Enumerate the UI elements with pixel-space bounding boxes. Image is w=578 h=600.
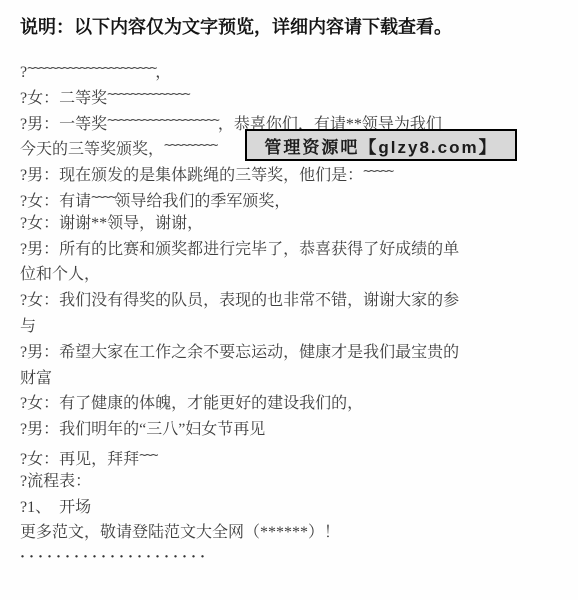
text-segment: ?流程表： — [20, 473, 91, 490]
text-segment: ， — [155, 64, 171, 81]
text-segment: 更多范文，敬请登陆范文大全网（******）！ — [20, 524, 340, 541]
text-segment: ? — [20, 64, 27, 81]
watermark-box: 管理资源吧【glzy8.com】 — [245, 129, 517, 161]
wavy-underline-run: ~~~ — [139, 443, 156, 469]
text-segment: 与 — [20, 318, 36, 335]
text-line: ?流程表： — [20, 469, 578, 495]
text-line: ?1、 开场 — [20, 495, 578, 521]
text-segment: ?女：再见，拜拜 — [20, 451, 139, 468]
text-segment: ?女：我们没有得奖的队员，表现的也非常不错，谢谢大家的参 — [20, 292, 459, 309]
wavy-underline-run: ~~~~~ — [363, 159, 392, 185]
text-segment: ?男：我们明年的“三八”妇女节再见 — [20, 421, 265, 438]
text-line: 与 — [20, 314, 578, 340]
text-segment: ?女：有了健康的体魄，才能更好的建设我们的， — [20, 395, 363, 412]
text-segment: 位和个人， — [20, 266, 100, 283]
document-preview-page: 说明：以下内容仅为文字预览，详细内容请下载查看。 ?~~~~~~~~~~~~~~… — [0, 0, 578, 600]
wavy-underline-run: ~~~~~~~~~~~~~~ — [107, 82, 189, 108]
text-segment: ?男：所有的比赛和颁奖都进行完毕了，恭喜获得了好成绩的单 — [20, 241, 459, 258]
text-segment: ?男：一等奖 — [20, 116, 107, 133]
text-line: ?~~~~~~~~~~~~~~~~~~~~~~， — [20, 56, 578, 82]
wavy-underline-run: ~~~~~~~~~~~~~~~~~~~~~~ — [27, 56, 155, 82]
text-segment: ?女：谢谢**领导，谢谢， — [20, 215, 203, 232]
text-segment: ?女：二等奖 — [20, 90, 107, 107]
text-line: ?女：谢谢**领导，谢谢， — [20, 211, 578, 237]
text-segment: 领导给我们的季军颁奖， — [114, 193, 290, 210]
text-segment: 财富 — [20, 370, 52, 387]
text-line: ?男：所有的比赛和颁奖都进行完毕了，恭喜获得了好成绩的单 — [20, 237, 578, 263]
text-segment: ?1、 开场 — [20, 499, 91, 516]
text-line: ?女：有请~~~~领导给我们的季军颁奖， — [20, 185, 578, 211]
text-line: ?男：现在颁发的是集体跳绳的三等奖，他们是：~~~~~ — [20, 159, 578, 185]
text-segment: ?男：现在颁发的是集体跳绳的三等奖，他们是： — [20, 167, 363, 184]
text-segment: ?女：有请 — [20, 193, 91, 210]
text-line: 财富 — [20, 366, 578, 392]
dotted-separator: ····················· — [20, 548, 578, 566]
text-segment: ?男：希望大家在工作之余不要忘运动，健康才是我们最宝贵的 — [20, 344, 459, 361]
preview-notice-title: 说明：以下内容仅为文字预览，详细内容请下载查看。 — [20, 14, 578, 40]
text-line: ?女：再见，拜拜~~~ — [20, 443, 578, 469]
wavy-underline-run: ~~~~~~~~~ — [164, 133, 216, 159]
text-line: ?男：希望大家在工作之余不要忘运动，健康才是我们最宝贵的 — [20, 340, 578, 366]
text-line: ?女：二等奖~~~~~~~~~~~~~~ — [20, 82, 578, 108]
text-line: ?男：我们明年的“三八”妇女节再见 — [20, 417, 578, 443]
watermark-text: 管理资源吧【glzy8.com】 — [264, 133, 497, 158]
text-line: ?女：有了健康的体魄，才能更好的建设我们的， — [20, 391, 578, 417]
wavy-underline-run: ~~~~~~~~~~~~~~~~~~~ — [107, 108, 218, 134]
text-segment: 今天的三等奖颁奖， — [20, 141, 164, 158]
wavy-underline-run: ~~~~ — [91, 185, 114, 211]
text-line: ?女：我们没有得奖的队员，表现的也非常不错，谢谢大家的参 — [20, 288, 578, 314]
text-line: 位和个人， — [20, 262, 578, 288]
text-line: 更多范文，敬请登陆范文大全网（******）！ — [20, 520, 578, 546]
